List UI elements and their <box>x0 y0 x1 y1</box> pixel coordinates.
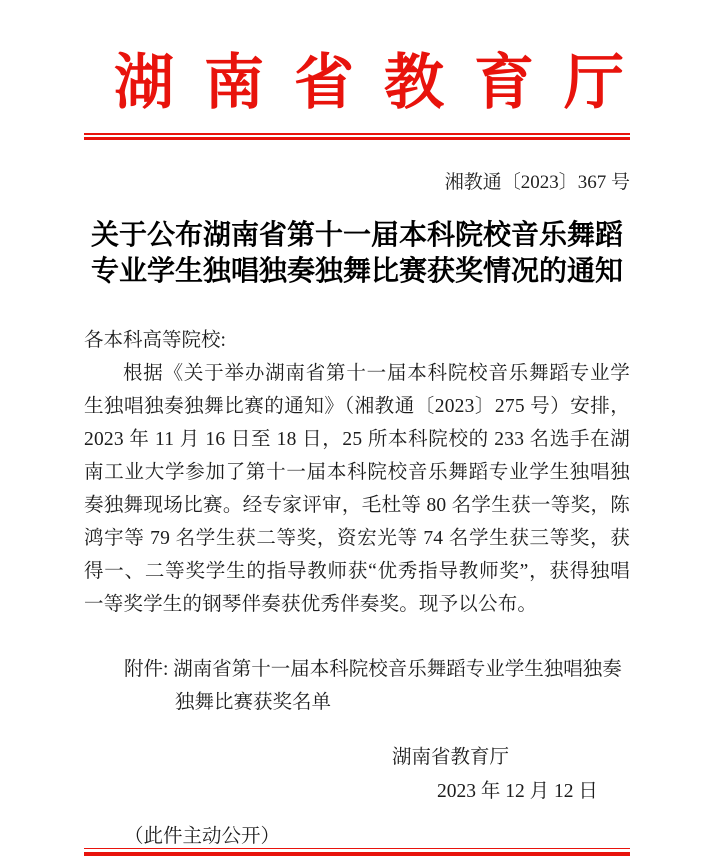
document-number: 湘教通〔2023〕367 号 <box>84 170 630 196</box>
attachment-block: 附件: 湖南省第十一届本科院校音乐舞蹈专业学生独唱独奏 独舞比赛获奖名单 <box>124 653 630 719</box>
document-title: 关于公布湖南省第十一届本科院校音乐舞蹈 专业学生独唱独奏独舞比赛获奖情况的通知 <box>84 218 630 290</box>
letterhead-org-name: 湖南省教育厅 <box>84 44 630 122</box>
document-title-line2: 专业学生独唱独奏独舞比赛获奖情况的通知 <box>84 254 630 290</box>
disclosure-note: （此件主动公开） <box>124 824 280 850</box>
body-paragraph: 根据《关于举办湖南省第十一届本科院校音乐舞蹈专业学生独唱独奏独舞比赛的通知》（湘… <box>84 357 630 621</box>
letterhead-divider-rule <box>84 133 630 140</box>
attachment-text-line1: 湖南省第十一届本科院校音乐舞蹈专业学生独唱独奏 <box>173 659 622 680</box>
footer-divider-rule <box>84 848 630 856</box>
attachment-text-line2: 独舞比赛获奖名单 <box>175 686 630 719</box>
official-document-page: 湖南省教育厅 湘教通〔2023〕367 号 关于公布湖南省第十一届本科院校音乐舞… <box>0 0 714 864</box>
document-title-line1: 关于公布湖南省第十一届本科院校音乐舞蹈 <box>84 218 630 254</box>
signature-org: 湖南省教育厅 <box>392 745 630 771</box>
attachment-label: 附件: <box>124 659 173 680</box>
signature-date: 2023 年 12 月 12 日 <box>437 779 630 805</box>
salutation: 各本科高等院校: <box>84 324 630 357</box>
attachment-line1: 附件: 湖南省第十一届本科院校音乐舞蹈专业学生独唱独奏 <box>124 653 630 686</box>
